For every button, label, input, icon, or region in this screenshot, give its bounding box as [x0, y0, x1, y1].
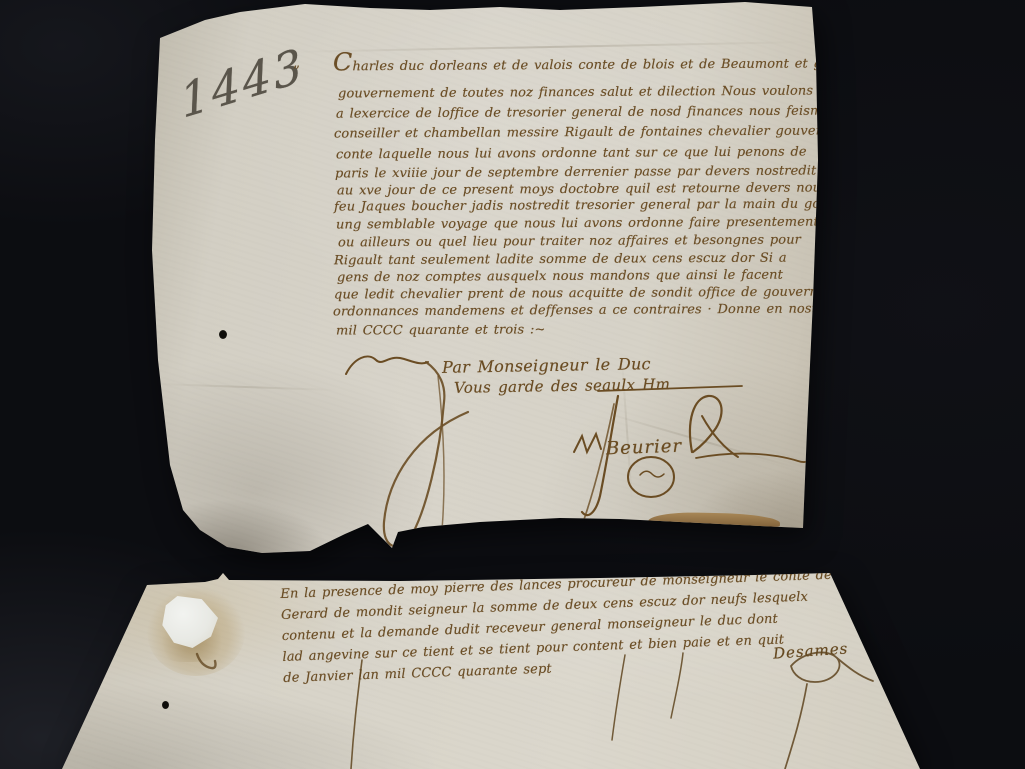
- photo-stage: 1443 „ Charles duc dorleans et de valois…: [0, 0, 1025, 769]
- bottom-receipt-shadow: En la presence de moy pierre des lances …: [0, 0, 1025, 769]
- bottom-receipt-parchment: En la presence de moy pierre des lances …: [55, 568, 930, 769]
- worm-hole: [162, 701, 169, 709]
